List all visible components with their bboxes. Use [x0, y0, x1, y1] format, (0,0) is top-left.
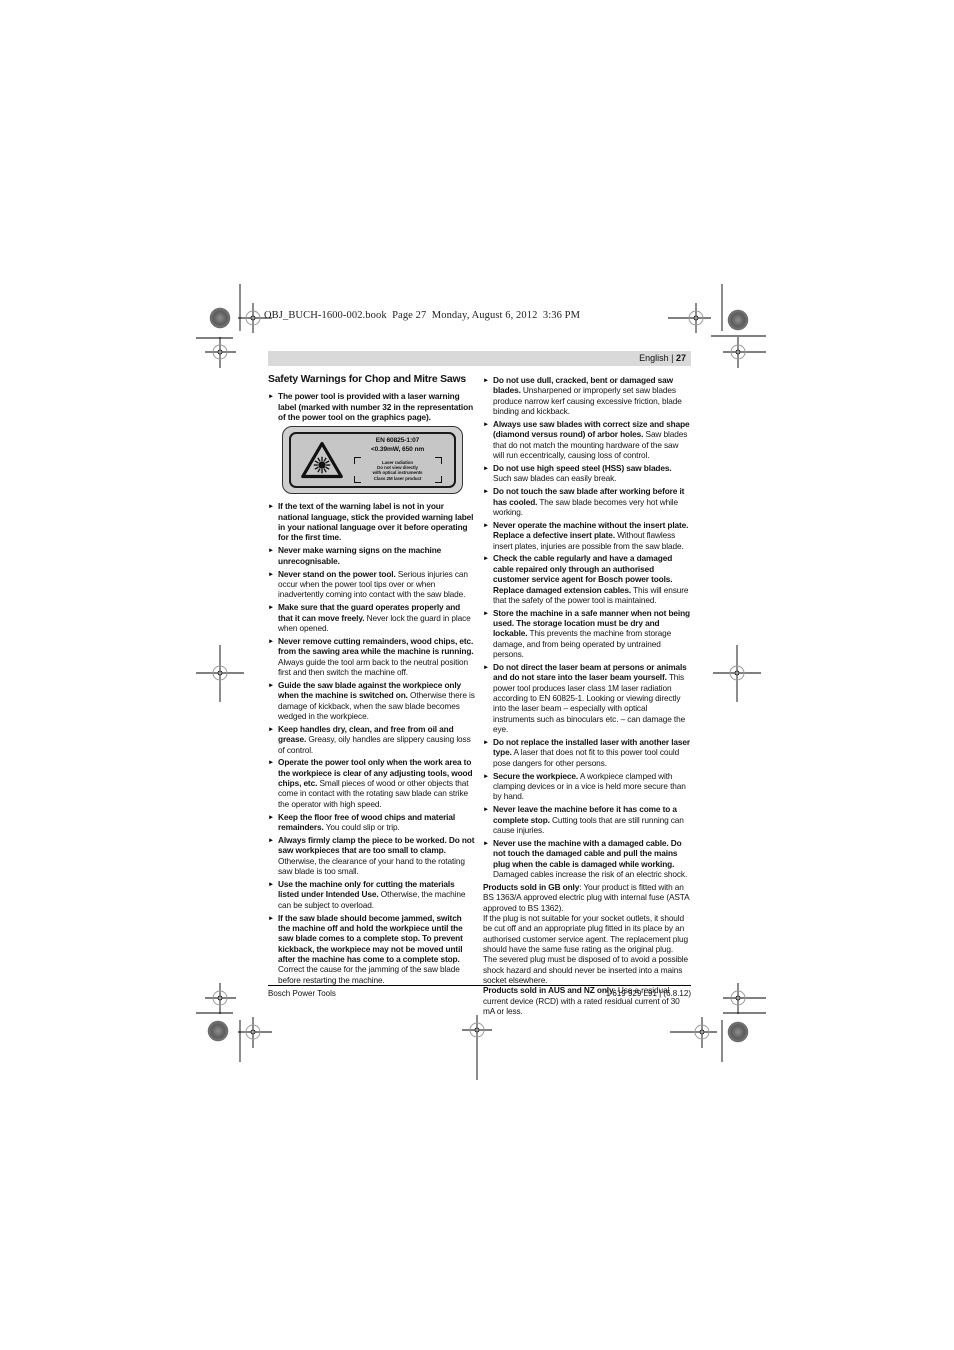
warning-text: If the saw blade should become jammed, s…: [278, 913, 475, 985]
bullet-icon: ►: [268, 391, 278, 422]
warning-text: Do not direct the laser beam at persons …: [493, 662, 690, 734]
bullet-icon: ►: [483, 608, 493, 660]
warning-text: Do not use dull, cracked, bent or damage…: [493, 375, 690, 416]
header-language-label: English: [639, 353, 669, 363]
bullet-icon: ►: [268, 757, 278, 809]
warning-text: Never remove cutting remainders, wood ch…: [278, 636, 475, 677]
warning-text: Store the machine in a safe manner when …: [493, 608, 690, 660]
warning-list-right: ► Do not use dull, cracked, bent or dama…: [483, 375, 690, 879]
regional-paragraph: If the plug is not suitable for your soc…: [483, 913, 690, 954]
registration-dot-icon: [208, 1021, 228, 1041]
laser-power: <0.39mW, 650 nm: [347, 446, 448, 454]
warning-text: Never make warning signs on the machine …: [278, 545, 475, 566]
warning-item: ► Do not direct the laser beam at person…: [483, 662, 690, 734]
footer-brand: Bosch Power Tools: [268, 989, 336, 998]
laser-label-text-box: Laser radiationDo not view directlywith …: [354, 457, 442, 483]
regional-paragraph: The severed plug must be disposed of to …: [483, 954, 690, 985]
page-header-bar: English | 27: [268, 351, 691, 366]
section-title: Safety Warnings for Chop and Mitre Saws: [268, 375, 475, 385]
warning-item: ► Keep handles dry, clean, and free from…: [268, 724, 475, 755]
warning-item: ► Never stand on the power tool. Serious…: [268, 569, 475, 600]
bullet-icon: ►: [268, 602, 278, 633]
registration-dot-icon: [728, 310, 748, 330]
bullet-icon: ►: [483, 520, 493, 551]
bullet-icon: ►: [268, 636, 278, 677]
print-job-header: OBJ_BUCH-1600-002.book Page 27 Monday, A…: [264, 310, 580, 321]
warning-list-before-label: ► The power tool is provided with a lase…: [268, 391, 475, 422]
warning-item: ► Never operate the machine without the …: [483, 520, 690, 551]
page-content: English | 27 Safety Warnings for Chop an…: [268, 351, 691, 1016]
warning-list-left: ► If the text of the warning label is no…: [268, 501, 475, 985]
warning-item: ► Secure the workpiece. A workpiece clam…: [483, 771, 690, 802]
warning-item: ► Operate the power tool only when the w…: [268, 757, 475, 809]
warning-item: ► Never leave the machine before it has …: [483, 804, 690, 835]
left-column: Safety Warnings for Chop and Mitre Saws …: [268, 375, 475, 1016]
bullet-icon: ►: [483, 463, 493, 484]
warning-item: ► Always use saw blades with correct siz…: [483, 419, 690, 460]
warning-text: Secure the workpiece. A workpiece clampe…: [493, 771, 690, 802]
warning-item: ► Use the machine only for cutting the m…: [268, 879, 475, 910]
warning-item: ► Guide the saw blade against the workpi…: [268, 680, 475, 721]
bullet-icon: ►: [268, 913, 278, 985]
warning-text: Never use the machine with a damaged cab…: [493, 838, 690, 879]
warning-text: Operate the power tool only when the wor…: [278, 757, 475, 809]
header-page-number: 27: [676, 353, 686, 363]
warning-text: Keep the floor free of wood chips and ma…: [278, 812, 475, 833]
warning-text: Do not use high speed steel (HSS) saw bl…: [493, 463, 690, 484]
bullet-icon: ►: [268, 501, 278, 542]
right-column: ► Do not use dull, cracked, bent or dama…: [483, 375, 690, 1016]
bullet-icon: ►: [268, 724, 278, 755]
warning-item: ► Never remove cutting remainders, wood …: [268, 636, 475, 677]
warning-item: ► Do not replace the installed laser wit…: [483, 737, 690, 768]
warning-text: Check the cable regularly and have a dam…: [493, 553, 690, 605]
warning-item: ► Keep the floor free of wood chips and …: [268, 812, 475, 833]
laser-warning-label: EN 60825-1:07 <0.39mW, 650 nm Laser radi…: [282, 426, 463, 494]
warning-item: ► If the saw blade should become jammed,…: [268, 913, 475, 985]
warning-text: Always firmly clamp the piece to be work…: [278, 835, 475, 876]
laser-box-lines: Laser radiationDo not view directlywith …: [361, 460, 435, 481]
warning-item: ► If the text of the warning label is no…: [268, 501, 475, 542]
bullet-icon: ►: [268, 812, 278, 833]
warning-text: Guide the saw blade against the workpiec…: [278, 680, 475, 721]
laser-label-text: EN 60825-1:07 <0.39mW, 650 nm Laser radi…: [347, 437, 448, 483]
registration-dot-icon: [210, 308, 230, 328]
bullet-icon: ►: [483, 838, 493, 879]
bullet-icon: ►: [483, 771, 493, 802]
bullet-icon: ►: [268, 835, 278, 876]
warning-text: The power tool is provided with a laser …: [278, 391, 475, 422]
bullet-icon: ►: [268, 879, 278, 910]
bullet-icon: ►: [483, 419, 493, 460]
bullet-icon: ►: [483, 375, 493, 416]
warning-text: Do not touch the saw blade after working…: [493, 486, 690, 517]
warning-text: If the text of the warning label is not …: [278, 501, 475, 542]
warning-item: ► Store the machine in a safe manner whe…: [483, 608, 690, 660]
bullet-icon: ►: [268, 545, 278, 566]
warning-item: ► The power tool is provided with a lase…: [268, 391, 475, 422]
warning-text: Never stand on the power tool. Serious i…: [278, 569, 475, 600]
bullet-icon: ►: [483, 804, 493, 835]
warning-item: ► Always firmly clamp the piece to be wo…: [268, 835, 475, 876]
laser-standard: EN 60825-1:07: [347, 437, 448, 445]
warning-item: ► Check the cable regularly and have a d…: [483, 553, 690, 605]
laser-warning-triangle-icon: [300, 440, 344, 480]
bracket-corner-icon: [435, 476, 442, 483]
warning-text: Never operate the machine without the in…: [493, 520, 690, 551]
bullet-icon: ►: [268, 680, 278, 721]
bracket-corner-icon: [354, 457, 361, 464]
warning-item: ► Never use the machine with a damaged c…: [483, 838, 690, 879]
bullet-icon: ►: [483, 737, 493, 768]
warning-item: ► Make sure that the guard operates prop…: [268, 602, 475, 633]
laser-warning-label-inner: EN 60825-1:07 <0.39mW, 650 nm Laser radi…: [289, 432, 456, 488]
bullet-icon: ►: [483, 662, 493, 734]
bracket-corner-icon: [354, 476, 361, 483]
warning-item: ► Never make warning signs on the machin…: [268, 545, 475, 566]
warning-text: Make sure that the guard operates proper…: [278, 602, 475, 633]
manual-page: OBJ_BUCH-1600-002.book Page 27 Monday, A…: [0, 0, 954, 1350]
warning-text: Keep handles dry, clean, and free from o…: [278, 724, 475, 755]
warning-text: Use the machine only for cutting the mat…: [278, 879, 475, 910]
bullet-icon: ►: [483, 553, 493, 605]
warning-item: ► Do not touch the saw blade after worki…: [483, 486, 690, 517]
laser-box-line: Class 2M laser product: [361, 476, 435, 481]
page-footer: Bosch Power Tools 1 619 929 L91 | (6.8.1…: [268, 985, 691, 998]
registration-dot-icon: [728, 1022, 748, 1042]
header-separator: |: [671, 353, 673, 363]
regional-paragraph: Products sold in GB only: Your product i…: [483, 882, 690, 913]
bracket-corner-icon: [435, 457, 442, 464]
warning-text: Do not replace the installed laser with …: [493, 737, 690, 768]
bullet-icon: ►: [268, 569, 278, 600]
warning-text: Always use saw blades with correct size …: [493, 419, 690, 460]
warning-text: Never leave the machine before it has co…: [493, 804, 690, 835]
warning-item: ► Do not use dull, cracked, bent or dama…: [483, 375, 690, 416]
bullet-icon: ►: [483, 486, 493, 517]
footer-document-number: 1 619 929 L91 | (6.8.12): [606, 989, 691, 998]
warning-item: ► Do not use high speed steel (HSS) saw …: [483, 463, 690, 484]
